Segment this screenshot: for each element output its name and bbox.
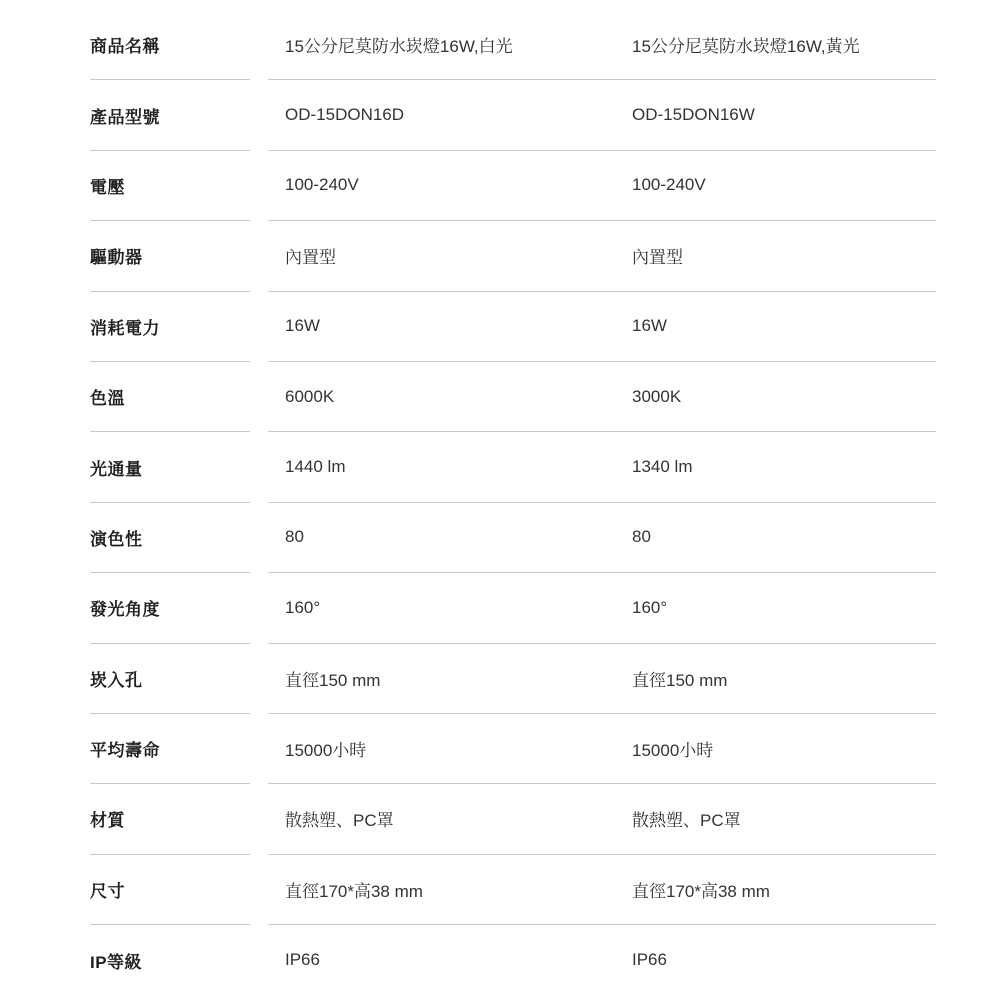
spec-value-product-2: OD-15DON16W <box>632 105 936 125</box>
spec-label: 光通量 <box>90 432 250 502</box>
spec-values: IP66 IP66 <box>268 925 936 995</box>
spec-value-product-2: 100-240V <box>632 175 936 195</box>
spec-label: 發光角度 <box>90 573 250 643</box>
spec-values: 直徑150 mm 直徑150 mm <box>268 644 936 714</box>
spec-label: IP等級 <box>90 925 250 995</box>
spec-value-product-1: 100-240V <box>285 175 632 195</box>
spec-value-product-2: 直徑150 mm <box>632 666 936 691</box>
column-gap <box>250 80 268 150</box>
spec-value-product-1: 內置型 <box>285 243 632 268</box>
spec-label: 材質 <box>90 784 250 854</box>
spec-label: 演色性 <box>90 503 250 573</box>
spec-value-product-2: 直徑170*高38 mm <box>632 877 936 902</box>
spec-value-product-2: 80 <box>632 527 936 547</box>
spec-value-product-2: 1340 lm <box>632 457 936 477</box>
column-gap <box>250 432 268 502</box>
spec-label: 商品名稱 <box>90 10 250 80</box>
spec-value-product-1: IP66 <box>285 950 632 970</box>
spec-row: 商品名稱 15公分尼莫防水崁燈16W,白光 15公分尼莫防水崁燈16W,黃光 <box>90 10 936 80</box>
spec-row: 材質 散熱塑、PC罩 散熱塑、PC罩 <box>90 784 936 854</box>
column-gap <box>250 362 268 432</box>
spec-value-product-1: 直徑150 mm <box>285 666 632 691</box>
spec-values: OD-15DON16D OD-15DON16W <box>268 80 936 150</box>
spec-value-product-2: 散熱塑、PC罩 <box>632 806 936 831</box>
spec-value-product-1: 1440 lm <box>285 457 632 477</box>
spec-value-product-1: 直徑170*高38 mm <box>285 877 632 902</box>
spec-value-product-2: 內置型 <box>632 243 936 268</box>
spec-row: 尺寸 直徑170*高38 mm 直徑170*高38 mm <box>90 855 936 925</box>
spec-value-product-1: 16W <box>285 316 632 336</box>
spec-value-product-1: OD-15DON16D <box>285 105 632 125</box>
spec-label: 電壓 <box>90 151 250 221</box>
spec-row: 演色性 80 80 <box>90 503 936 573</box>
spec-label: 產品型號 <box>90 80 250 150</box>
spec-value-product-2: IP66 <box>632 950 936 970</box>
spec-values: 6000K 3000K <box>268 362 936 432</box>
spec-value-product-2: 160° <box>632 598 936 618</box>
spec-values: 160° 160° <box>268 573 936 643</box>
spec-value-product-1: 散熱塑、PC罩 <box>285 806 632 831</box>
spec-row: 驅動器 內置型 內置型 <box>90 221 936 291</box>
spec-values: 100-240V 100-240V <box>268 151 936 221</box>
column-gap <box>250 784 268 854</box>
spec-values: 直徑170*高38 mm 直徑170*高38 mm <box>268 855 936 925</box>
column-gap <box>250 855 268 925</box>
spec-row: 光通量 1440 lm 1340 lm <box>90 432 936 502</box>
spec-label: 尺寸 <box>90 855 250 925</box>
column-gap <box>250 573 268 643</box>
column-gap <box>250 10 268 80</box>
product-spec-table: 商品名稱 15公分尼莫防水崁燈16W,白光 15公分尼莫防水崁燈16W,黃光 產… <box>90 0 936 995</box>
spec-value-product-1: 15000小時 <box>285 736 632 761</box>
spec-row: 平均壽命 15000小時 15000小時 <box>90 714 936 784</box>
column-gap <box>250 925 268 995</box>
spec-row: 產品型號 OD-15DON16D OD-15DON16W <box>90 80 936 150</box>
spec-values: 15公分尼莫防水崁燈16W,白光 15公分尼莫防水崁燈16W,黃光 <box>268 10 936 80</box>
spec-row: 發光角度 160° 160° <box>90 573 936 643</box>
spec-label: 色溫 <box>90 362 250 432</box>
spec-label: 平均壽命 <box>90 714 250 784</box>
spec-row: IP等級 IP66 IP66 <box>90 925 936 995</box>
column-gap <box>250 503 268 573</box>
spec-values: 散熱塑、PC罩 散熱塑、PC罩 <box>268 784 936 854</box>
column-gap <box>250 221 268 291</box>
column-gap <box>250 151 268 221</box>
spec-values: 內置型 內置型 <box>268 221 936 291</box>
spec-value-product-1: 6000K <box>285 387 632 407</box>
spec-values: 15000小時 15000小時 <box>268 714 936 784</box>
spec-value-product-2: 16W <box>632 316 936 336</box>
spec-values: 80 80 <box>268 503 936 573</box>
spec-label: 消耗電力 <box>90 292 250 362</box>
column-gap <box>250 714 268 784</box>
spec-label: 崁入孔 <box>90 644 250 714</box>
spec-value-product-2: 15000小時 <box>632 736 936 761</box>
spec-value-product-2: 3000K <box>632 387 936 407</box>
spec-row: 消耗電力 16W 16W <box>90 292 936 362</box>
spec-values: 16W 16W <box>268 292 936 362</box>
spec-row: 崁入孔 直徑150 mm 直徑150 mm <box>90 644 936 714</box>
spec-value-product-1: 15公分尼莫防水崁燈16W,白光 <box>285 32 632 57</box>
column-gap <box>250 292 268 362</box>
spec-row: 色溫 6000K 3000K <box>90 362 936 432</box>
spec-values: 1440 lm 1340 lm <box>268 432 936 502</box>
spec-value-product-2: 15公分尼莫防水崁燈16W,黃光 <box>632 32 936 57</box>
column-gap <box>250 644 268 714</box>
spec-row: 電壓 100-240V 100-240V <box>90 151 936 221</box>
spec-label: 驅動器 <box>90 221 250 291</box>
spec-value-product-1: 80 <box>285 527 632 547</box>
spec-value-product-1: 160° <box>285 598 632 618</box>
